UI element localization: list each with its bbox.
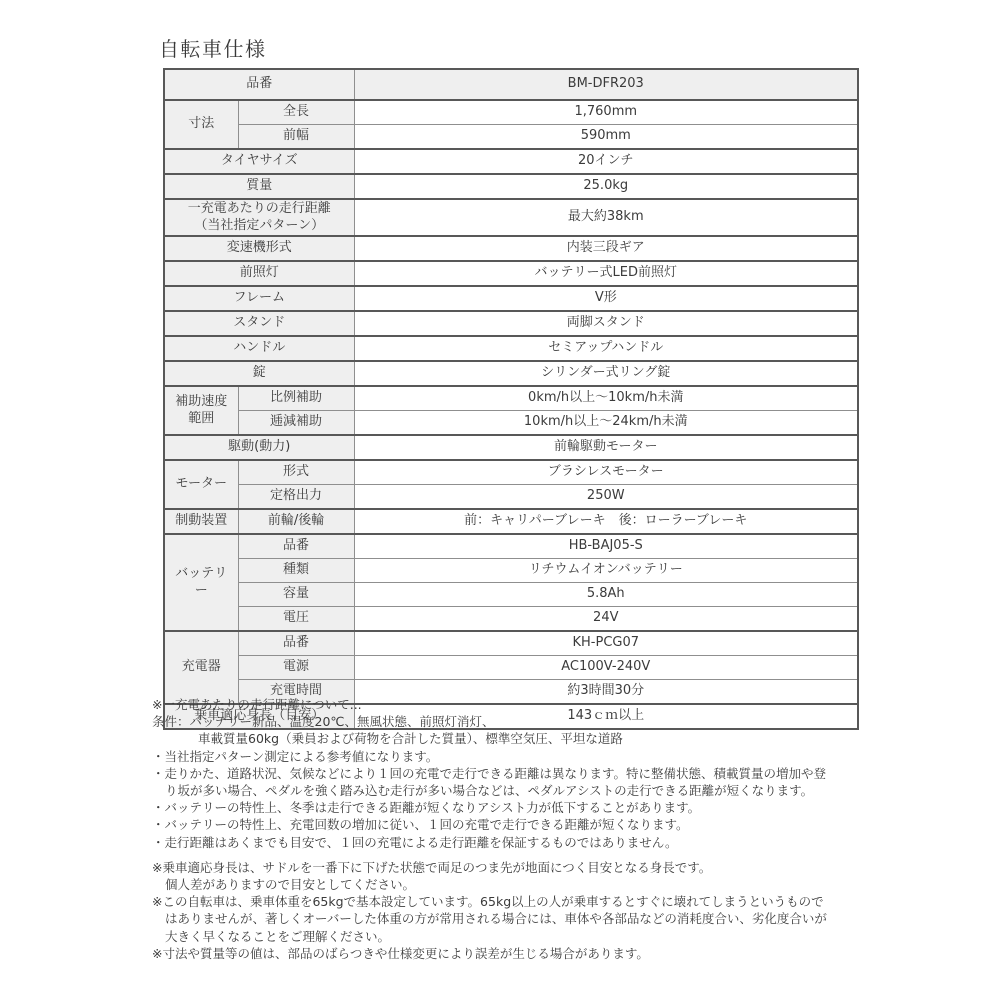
footnote-line: ・走りかた、道路状況、気候などにより１回の充電で走行できる距離は異なります。特に… [152, 765, 892, 782]
table-row: 電源AC100V-240V [164, 656, 858, 680]
spec-label: フレーム [164, 286, 354, 311]
table-row: 逓減補助10km/h以上～24km/h未満 [164, 411, 858, 436]
spec-value: 1,760mm [354, 100, 858, 125]
spec-label: 形式 [238, 460, 354, 485]
spec-value: 250W [354, 485, 858, 510]
spec-value: シリンダー式リング錠 [354, 361, 858, 386]
spec-label: バッテリー [164, 534, 238, 631]
spec-label: 容量 [238, 583, 354, 607]
table-row: 質量25.0kg [164, 174, 858, 199]
footnote-line: 大きく早くなることをご理解ください。 [152, 928, 892, 945]
spec-value: ブラシレスモーター [354, 460, 858, 485]
spec-label: 比例補助 [238, 386, 354, 411]
spec-value: 前輪駆動モーター [354, 435, 858, 460]
spec-value: 最大約38km [354, 199, 858, 236]
footnote-line: ・当社指定パターン測定による参考値になります。 [152, 748, 892, 765]
spec-label: ハンドル [164, 336, 354, 361]
spec-value: 10km/h以上～24km/h未満 [354, 411, 858, 436]
table-row: 品番BM-DFR203 [164, 69, 858, 100]
table-row: ハンドルセミアップハンドル [164, 336, 858, 361]
spec-value: AC100V-240V [354, 656, 858, 680]
footnote-line: ※乗車適応身長は、サドルを一番下に下げた状態で両足のつま先が地面につく目安となる… [152, 859, 892, 876]
spec-label: 前輪/後輪 [238, 509, 354, 534]
spec-value: V形 [354, 286, 858, 311]
table-row: 制動装置前輪/後輪前：キャリパーブレーキ 後：ローラーブレーキ [164, 509, 858, 534]
footnote-line: 個人差がありますので目安としてください。 [152, 876, 892, 893]
table-row: 前幅590mm [164, 125, 858, 150]
spec-label: タイヤサイズ [164, 149, 354, 174]
footnote-line: ※この自転車は、乗車体重を65kgで基本設定しています。65kg以上の人が乗車す… [152, 893, 892, 910]
table-row: モーター形式ブラシレスモーター [164, 460, 858, 485]
footnote-line: ・走行距離はあくまでも目安で、１回の充電による走行距離を保証するものではありませ… [152, 834, 892, 851]
spec-label: 前照灯 [164, 261, 354, 286]
spec-label: 電源 [238, 656, 354, 680]
table-row: フレームV形 [164, 286, 858, 311]
table-row: 錠シリンダー式リング錠 [164, 361, 858, 386]
spec-value: 0km/h以上～10km/h未満 [354, 386, 858, 411]
spec-value: KH-PCG07 [354, 631, 858, 656]
spec-label: 制動装置 [164, 509, 238, 534]
spec-value: 20インチ [354, 149, 858, 174]
spec-value: 前：キャリパーブレーキ 後：ローラーブレーキ [354, 509, 858, 534]
spec-value: セミアップハンドル [354, 336, 858, 361]
spec-label: 定格出力 [238, 485, 354, 510]
spec-value: 24V [354, 607, 858, 632]
footnote-line: はありませんが、著しくオーバーした体重の方が常用される場合には、車体や各部品など… [152, 910, 892, 927]
spec-value: 内装三段ギア [354, 236, 858, 261]
table-row: 電圧24V [164, 607, 858, 632]
spec-label: 質量 [164, 174, 354, 199]
table-row: 定格出力250W [164, 485, 858, 510]
spec-value: 5.8Ah [354, 583, 858, 607]
table-row: タイヤサイズ20インチ [164, 149, 858, 174]
spec-label: 逓減補助 [238, 411, 354, 436]
footnote-line: ・バッテリーの特性上、充電回数の増加に従い、１回の充電で走行できる距離が短くなり… [152, 816, 892, 833]
table-row: 補助速度 範囲比例補助0km/h以上～10km/h未満 [164, 386, 858, 411]
table-row: バッテリー品番HB-BAJ05-S [164, 534, 858, 559]
spec-value: HB-BAJ05-S [354, 534, 858, 559]
spec-label: 品番 [164, 69, 354, 100]
footnote-line: 車載質量60kg（乗員および荷物を合計した質量）、標準空気圧、平坦な道路 [152, 730, 892, 747]
table-row: 変速機形式内装三段ギア [164, 236, 858, 261]
footnotes: ※一充電あたりの走行距離について...条件：バッテリー新品、温度20℃、無風状態… [152, 696, 892, 962]
table-row: 一充電あたりの走行距離 （当社指定パターン）最大約38km [164, 199, 858, 236]
spec-table-body: 品番BM-DFR203寸法全長1,760mm前幅590mmタイヤサイズ20インチ… [164, 69, 858, 729]
spec-label: モーター [164, 460, 238, 509]
spec-value: 両脚スタンド [354, 311, 858, 336]
table-row: 寸法全長1,760mm [164, 100, 858, 125]
spec-value: BM-DFR203 [354, 69, 858, 100]
spec-label: 充電器 [164, 631, 238, 704]
page-title: 自転車仕様 [159, 33, 267, 62]
spec-value: バッテリー式LED前照灯 [354, 261, 858, 286]
spec-label: 品番 [238, 631, 354, 656]
table-row: 前照灯バッテリー式LED前照灯 [164, 261, 858, 286]
footnote-line: ※寸法や質量等の値は、部品のばらつきや仕様変更により誤差が生じる場合があります。 [152, 945, 892, 962]
spec-value: 590mm [354, 125, 858, 150]
spec-label: 種類 [238, 559, 354, 583]
spec-label: 電圧 [238, 607, 354, 632]
spec-label: 前幅 [238, 125, 354, 150]
table-row: 充電器品番KH-PCG07 [164, 631, 858, 656]
spec-label: 品番 [238, 534, 354, 559]
footnote-line: り坂が多い場合、ペダルを強く踏み込む走行が多い場合などは、ペダルアシストの走行で… [152, 782, 892, 799]
spec-value: リチウムイオンバッテリー [354, 559, 858, 583]
footnote-line: ・バッテリーの特性上、冬季は走行できる距離が短くなりアシスト力が低下することがあ… [152, 799, 892, 816]
spec-label: 錠 [164, 361, 354, 386]
spec-label: 変速機形式 [164, 236, 354, 261]
spec-label: 駆動(動力) [164, 435, 354, 460]
table-row: 種類リチウムイオンバッテリー [164, 559, 858, 583]
table-row: 容量5.8Ah [164, 583, 858, 607]
spec-label: 全長 [238, 100, 354, 125]
table-row: 駆動(動力)前輪駆動モーター [164, 435, 858, 460]
footnote-line: 条件：バッテリー新品、温度20℃、無風状態、前照灯消灯、 [152, 713, 892, 730]
spec-label: 補助速度 範囲 [164, 386, 238, 435]
spec-label: 寸法 [164, 100, 238, 149]
spec-value: 25.0kg [354, 174, 858, 199]
table-row: スタンド両脚スタンド [164, 311, 858, 336]
spec-table: 品番BM-DFR203寸法全長1,760mm前幅590mmタイヤサイズ20インチ… [163, 68, 859, 730]
footnote-line: ※一充電あたりの走行距離について... [152, 696, 892, 713]
spec-label: 一充電あたりの走行距離 （当社指定パターン） [164, 199, 354, 236]
spec-label: スタンド [164, 311, 354, 336]
